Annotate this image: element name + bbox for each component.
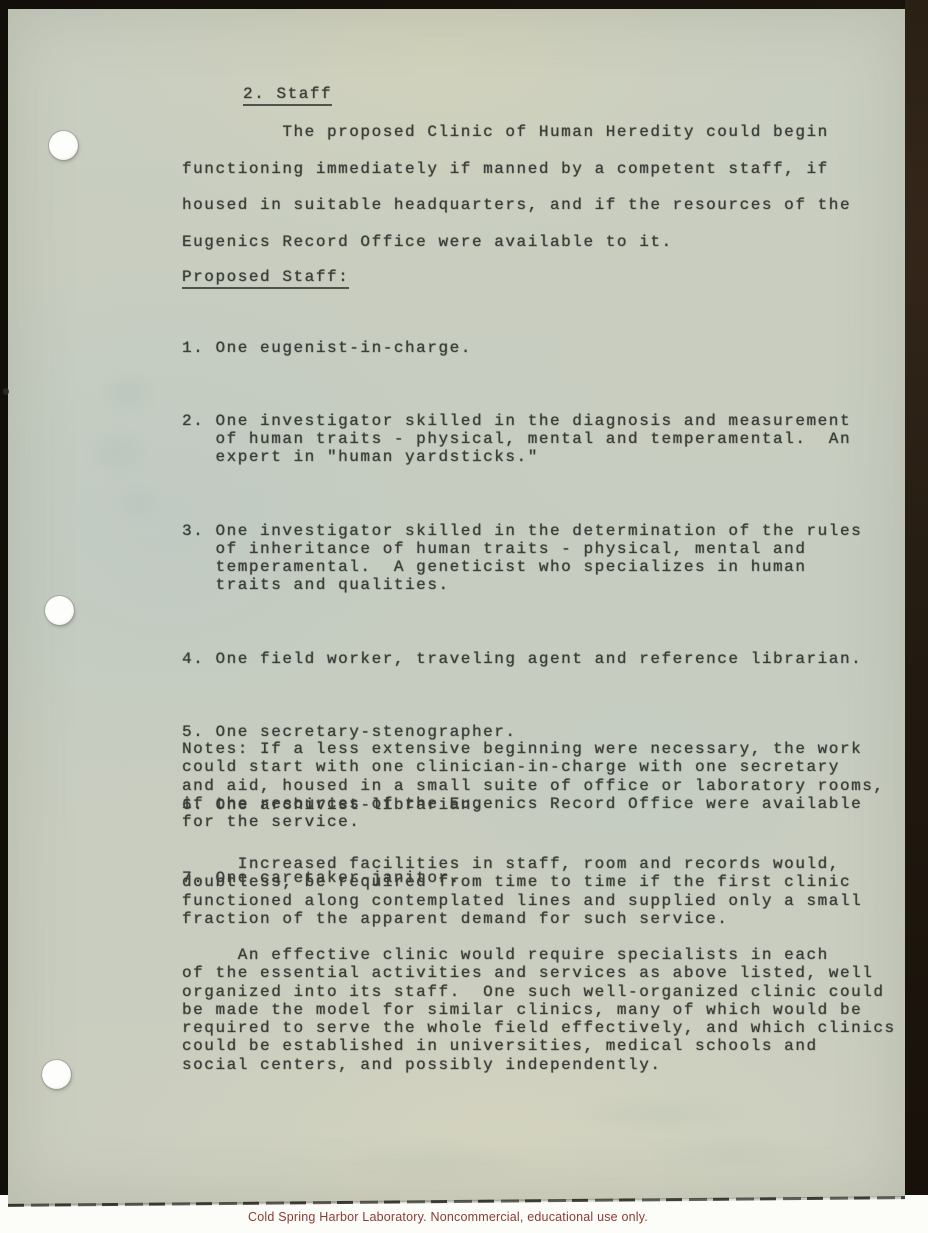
staff-list-item-3: 3. One investigator skilled in the deter… [182,522,862,595]
punch-hole-bottom [42,1060,71,1089]
section-heading: 2. Staff [243,85,332,103]
section-heading-text: 2. Staff [243,85,332,106]
staff-list-item-1: 1. One eugenist-in-charge. [182,339,862,357]
intro-paragraph: The proposed Clinic of Human Heredity co… [182,114,851,260]
expansion-paragraph: Increased facilities in staff, room and … [182,855,862,928]
proposed-staff-heading: Proposed Staff: [182,268,349,286]
ink-bleedthrough [78,359,178,529]
notes-paragraph: Notes: If a less extensive beginning wer… [182,740,885,831]
punch-hole-middle [45,596,74,625]
ink-speck [3,388,9,395]
staff-list-item-2: 2. One investigator skilled in the diagn… [182,412,862,467]
staff-list-item-5: 5. One secretary-stenographer. [182,723,862,741]
footer-caption: Cold Spring Harbor Laboratory. Noncommer… [248,1210,648,1224]
scanned-document: 2. Staff The proposed Clinic of Human He… [0,0,928,1233]
scanner-frame-right [905,0,928,1233]
ink-bleedthrough [308,1129,568,1199]
ink-bleedthrough [548,1084,828,1184]
model-clinic-paragraph: An effective clinic would require specia… [182,946,896,1074]
staff-list-item-4: 4. One field worker, traveling agent and… [182,650,862,668]
proposed-staff-heading-text: Proposed Staff: [182,268,349,289]
punch-hole-top [49,131,78,160]
